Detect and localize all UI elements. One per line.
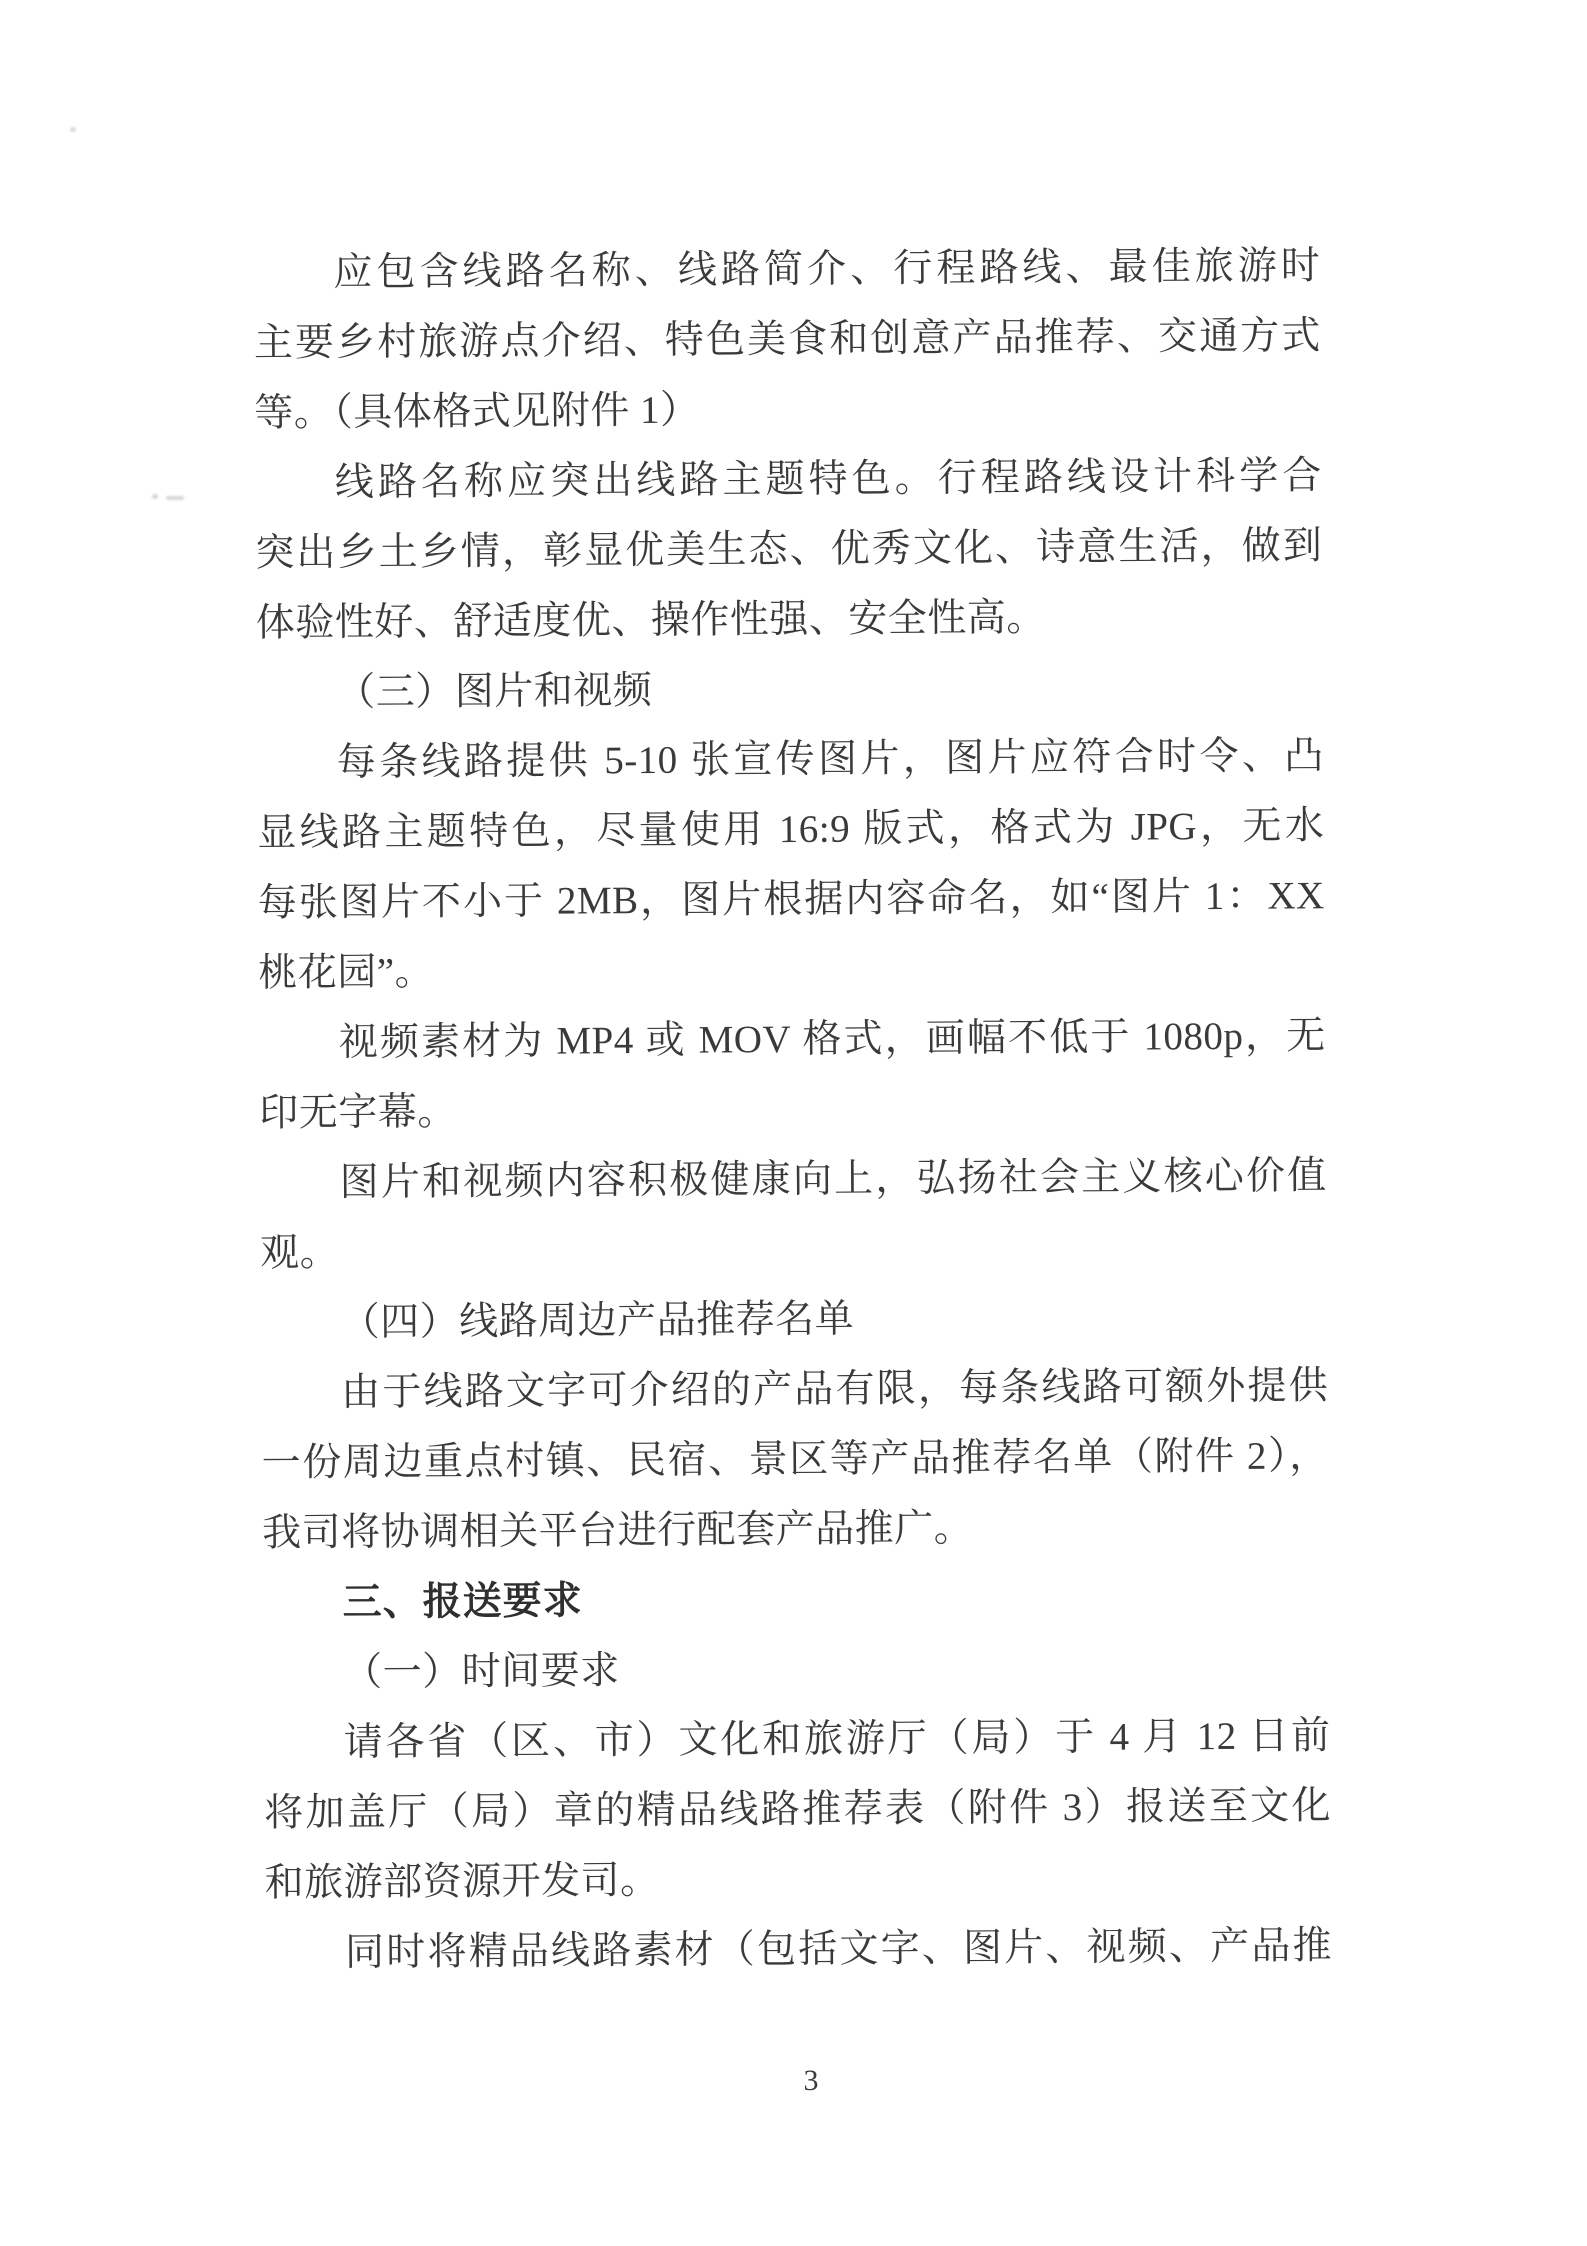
text-line: 显线路主题特色，尽量使用 16:9 版式，格式为 JPG，无水印， [257, 791, 1324, 868]
text-body: 应包含线路名称、线路简介、行程路线、最佳旅游时间、主要乡村旅游点介绍、特色美食和… [253, 231, 1332, 1988]
scanned-page: 应包含线路名称、线路简介、行程路线、最佳旅游时间、主要乡村旅游点介绍、特色美食和… [0, 0, 1587, 2246]
text-line: 主要乡村旅游点介绍、特色美食和创意产品推荐、交通方式 [254, 301, 1321, 378]
text-line: 同时将精品线路素材（包括文字、图片、视频、产品推 [265, 1911, 1332, 1988]
text-line: 将加盖厅（局）章的精品线路推荐表（附件 3）报送至文化 [264, 1771, 1331, 1848]
text-line: （四）线路周边产品推荐名单 [260, 1281, 1327, 1358]
text-line: 每条线路提供 5-10 张宣传图片，图片应符合时令、凸 [257, 721, 1324, 798]
scan-artifact-speck [152, 494, 158, 499]
text-line: 观。 [260, 1211, 1327, 1288]
text-line: 我司将协调相关平台进行配套产品推广。 [262, 1491, 1329, 1568]
text-line: 应包含线路名称、线路简介、行程路线、最佳旅游时间、 [253, 231, 1320, 308]
text-line: 印无字幕。 [259, 1071, 1326, 1148]
text-line: 视频素材为 MP4 或 MOV 格式，画幅不低于 1080p，无水 [259, 1001, 1326, 1078]
text-line: 等。（具体格式见附件 1） [254, 371, 1321, 448]
section-heading: 三、报送要求 [262, 1561, 1329, 1638]
scan-artifact-speck [70, 127, 76, 132]
text-line: 图片和视频内容积极健康向上，弘扬社会主义核心价值 [259, 1141, 1326, 1218]
text-line: 每张图片不小于 2MB，图片根据内容命名，如“图片 1：XX [258, 861, 1325, 938]
text-line: 桃花园”。 [258, 931, 1325, 1008]
text-line: 由于线路文字可介绍的产品有限，每条线路可额外提供 [261, 1351, 1328, 1428]
text-line: 请各省（区、市）文化和旅游厅（局）于 4 月 12 日前 [263, 1701, 1330, 1778]
scan-artifact-dash [166, 496, 184, 500]
text-line: 一份周边重点村镇、民宿、景区等产品推荐名单（附件 2）， [261, 1421, 1328, 1498]
text-line: 和旅游部资源开发司。 [264, 1841, 1331, 1918]
page-number: 3 [781, 2058, 841, 2104]
text-line: （三）图片和视频 [256, 651, 1323, 728]
text-line: （一）时间要求 [263, 1631, 1330, 1708]
text-line: 线路名称应突出线路主题特色。行程路线设计科学合理， [255, 441, 1322, 518]
text-line: 突出乡土乡情，彰显优美生态、优秀文化、诗意生活，做到 [255, 511, 1322, 588]
text-line: 体验性好、舒适度优、操作性强、安全性高。 [256, 581, 1323, 658]
